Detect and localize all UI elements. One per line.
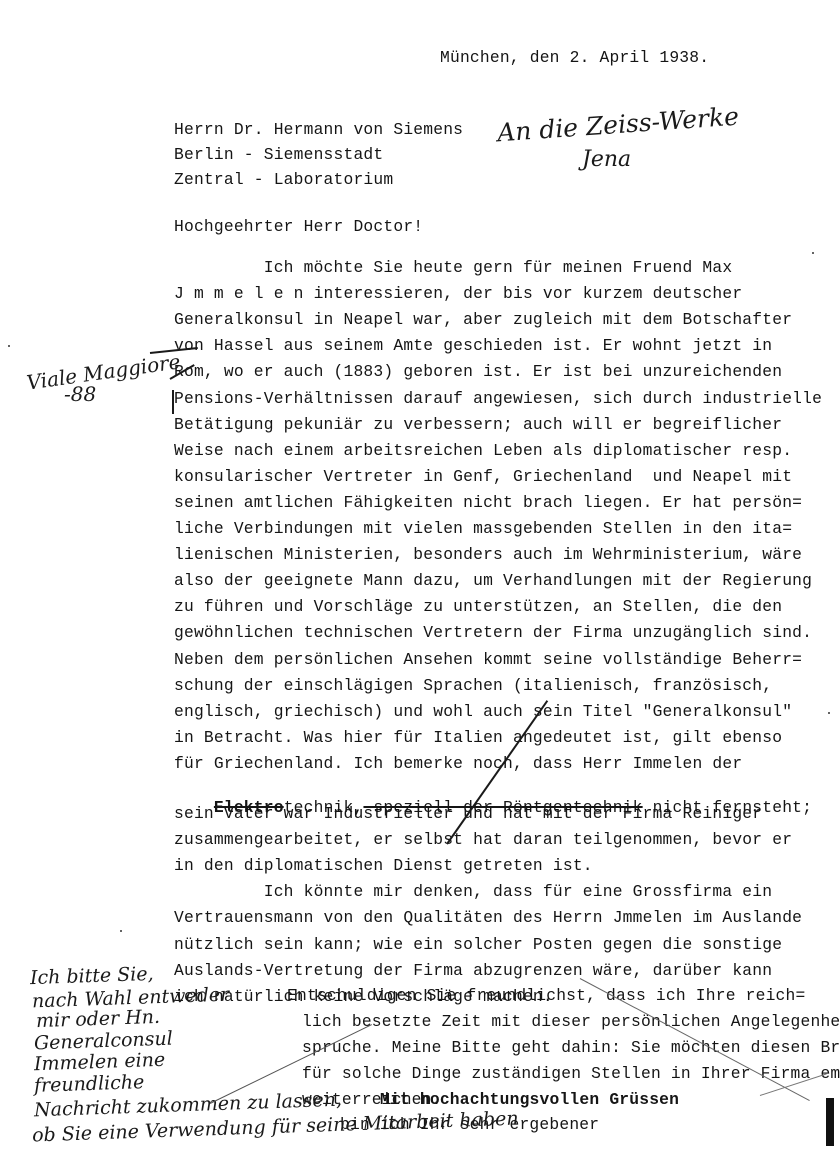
recipient-line: Zentral - Laboratorium bbox=[174, 170, 393, 190]
pen-stroke bbox=[172, 390, 174, 414]
text-line: nützlich sein kann; wie ein solcher Post… bbox=[174, 935, 782, 955]
text-line: Generalkonsul in Neapel war, aber zuglei… bbox=[174, 310, 792, 330]
text-line: zu führen und Vorschläge zu unterstützen… bbox=[174, 597, 782, 617]
ink-blot bbox=[826, 1098, 834, 1146]
dateline: München, den 2. April 1938. bbox=[440, 48, 709, 68]
text-line: schung der einschlägigen Sprachen (itali… bbox=[174, 676, 772, 696]
text-line: Auslands-Vertretung der Firma abzugrenze… bbox=[174, 961, 772, 981]
text-line: von Hassel aus seinem Amte geschieden is… bbox=[174, 336, 772, 356]
text-line: also der geeignete Mann dazu, um Verhand… bbox=[174, 571, 812, 591]
handwritten-line: An die Zeiss-Werke bbox=[497, 107, 740, 144]
text-line: Rom, wo er auch (1883) geboren ist. Er i… bbox=[174, 362, 782, 382]
text-line: Ich könnte mir denken, dass für eine Gro… bbox=[174, 882, 772, 902]
text-line: lienischen Ministerien, besonders auch i… bbox=[174, 545, 802, 565]
handwritten-line: Jena bbox=[582, 150, 631, 170]
handwritten-line: Immelen eine bbox=[34, 1050, 166, 1075]
text-line: zusammengearbeitet, er selbst hat daran … bbox=[174, 830, 792, 850]
letter-page: München, den 2. April 1938. Herrn Dr. He… bbox=[0, 0, 840, 1160]
text-line: Pensions-Verhältnissen darauf angewiesen… bbox=[174, 389, 822, 409]
handwritten-line: mir oder Hn. bbox=[36, 1007, 161, 1031]
recipient-line: Berlin - Siemensstadt bbox=[174, 145, 383, 165]
text-line: konsularischer Vertreter in Genf, Griech… bbox=[174, 467, 792, 487]
text-line: liche Verbindungen mit vielen massgebend… bbox=[174, 519, 792, 539]
text-line: Entschuldigen Sie freundlichst, dass ich… bbox=[287, 986, 805, 1006]
text-line: Weise nach einem arbeitsreichen Leben al… bbox=[174, 441, 792, 461]
text-line: gewöhnlichen technischen Vertretern der … bbox=[174, 623, 812, 643]
text-line: seinen amtlichen Fähigkeiten nicht brach… bbox=[174, 493, 802, 513]
text-line: Vertrauensmann von den Qualitäten des He… bbox=[174, 908, 802, 928]
closing-greeting: Mit hochachtungsvollen Grüssen bbox=[380, 1090, 679, 1110]
text-line: für Griechenland. Ich bemerke noch, dass… bbox=[174, 754, 742, 774]
handwritten-line: Ich bitte Sie, bbox=[30, 964, 154, 988]
speck bbox=[812, 252, 814, 254]
text-line: englisch, griechisch) und wohl auch sein… bbox=[174, 702, 792, 722]
salutation: Hochgeehrter Herr Doctor! bbox=[174, 217, 423, 237]
text-line: lich besetzte Zeit mit dieser persönlich… bbox=[302, 1012, 840, 1032]
text-line: spruche. Meine Bitte geht dahin: Sie möc… bbox=[302, 1038, 840, 1058]
speck bbox=[8, 345, 10, 347]
text-line: in den diplomatischen Dienst getreten is… bbox=[174, 856, 593, 876]
speck bbox=[120, 930, 122, 932]
text-line: Ich möchte Sie heute gern für meinen Fru… bbox=[174, 258, 732, 278]
text-line: Neben dem persönlichen Ansehen kommt sei… bbox=[174, 650, 802, 670]
handwritten-line: freundliche bbox=[34, 1072, 145, 1096]
text-line: Betätigung pekuniär zu verbessern; auch … bbox=[174, 415, 782, 435]
speck bbox=[828, 712, 830, 714]
handwritten-line: -88 bbox=[64, 384, 96, 404]
recipient-line: Herrn Dr. Hermann von Siemens bbox=[174, 120, 463, 140]
text-line: J m m e l e n interessieren, der bis vor… bbox=[174, 284, 742, 304]
handwritten-line: Viale Maggiore bbox=[25, 351, 181, 392]
text-line: in Betracht. Was hier für Italien angede… bbox=[174, 728, 782, 748]
